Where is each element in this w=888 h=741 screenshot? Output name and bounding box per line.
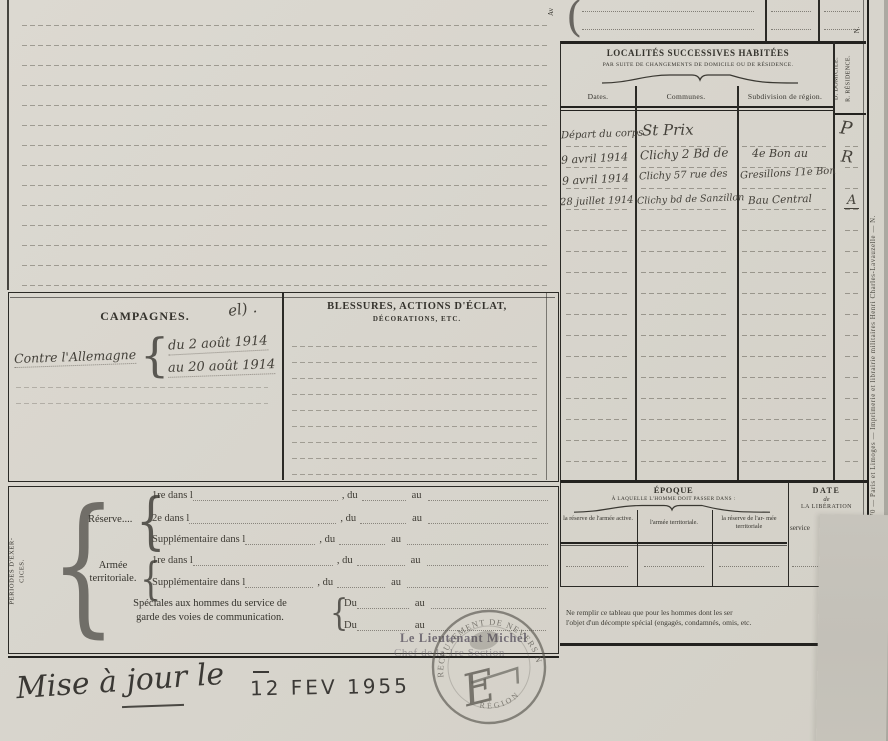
fragment-rule	[771, 29, 811, 30]
col-communes: Communes.	[637, 92, 735, 101]
epoque-divider-1	[637, 510, 638, 586]
fragment-rule	[582, 11, 754, 12]
fragment-rule	[824, 11, 860, 12]
periode-line: Supplémentaire dans l, duau	[152, 533, 548, 545]
du-label: , du	[319, 534, 335, 545]
periodes-side-label: PÉRIODES D'EXER- CICES.	[8, 499, 34, 644]
au-label: au	[412, 490, 422, 501]
liberation-title-line3: LA LIBÉRATION	[787, 504, 866, 510]
fragment-rule	[771, 11, 811, 12]
periode-line-label: Supplémentaire dans l	[152, 577, 245, 588]
table-row-subdivision: 4e Bon au	[752, 147, 808, 160]
epoque-col3: la réserve de l'ar- mée territoriale	[715, 515, 783, 531]
liberation-partial-text: service	[790, 524, 810, 532]
blessures-title-line2: DÉCORATIONS, ETC.	[292, 315, 542, 323]
epoque-title: ÉPOQUE	[560, 485, 787, 495]
territoriale-label-line1: Armée	[99, 560, 128, 571]
du-label: Du	[344, 620, 357, 631]
blessures-margin-rule	[546, 292, 547, 480]
header-rule	[560, 106, 833, 108]
periode-line: 2e dans l, duau	[152, 512, 548, 524]
epoque-header-rule	[560, 542, 787, 544]
du-label: , du	[317, 577, 333, 588]
epoque-subtitle: À LAQUELLE L'HOMME DOIT PASSER DANS :	[560, 496, 787, 502]
fragment-brace: (	[566, 0, 582, 38]
underline-mark	[122, 704, 184, 708]
table-row-mark: A	[844, 193, 859, 209]
epoque-cell-rule	[719, 566, 779, 567]
mise-a-jour-handwriting: Mise à jour le	[15, 657, 225, 706]
col-domicile: D. DOMICILE.	[834, 48, 843, 110]
fragment-right-label: N.	[853, 20, 863, 40]
epoque-header-rule	[560, 545, 787, 546]
speciales-label: Spéciales aux hommes du service de garde…	[88, 597, 332, 624]
dr-header-rule	[833, 113, 866, 115]
epoque-divider-2	[712, 510, 713, 586]
left-page-border	[7, 0, 9, 290]
blessures-rules	[292, 331, 540, 477]
overline-mark	[253, 671, 269, 673]
du-label: Du	[344, 598, 357, 609]
periode-line: 1re dans l, duau	[152, 554, 548, 566]
epoque-brace	[572, 503, 772, 513]
periode-line-label: Supplémentaire dans l	[152, 534, 245, 545]
au-label: au	[391, 577, 401, 588]
epoque-cell-rule	[644, 566, 704, 567]
au-label: au	[391, 534, 401, 545]
campagnes-rules	[16, 372, 268, 406]
fragment-divider-1	[765, 0, 767, 41]
localites-divider-1	[635, 86, 637, 480]
periode-line-label: 2e dans l	[152, 513, 189, 524]
table-row-subdivision: Bau Central	[748, 193, 812, 207]
liberation-title-line1: DATE	[787, 486, 866, 495]
col-dates: Dates.	[562, 92, 634, 101]
fragment-divider-2	[818, 0, 820, 41]
localites-title: LOCALITÉS SUCCESSIVES HABITÉES	[562, 48, 834, 58]
epoque-cell-rule	[566, 566, 628, 567]
epoque-col2: l'armée territoriale.	[640, 519, 708, 527]
table-row-mark: R	[840, 146, 854, 166]
blessures-title-line1: BLESSURES, ACTIONS D'ÉCLAT,	[292, 301, 542, 312]
au-label: au	[415, 598, 425, 609]
campagnes-entry: Contre l'Allemagne	[14, 347, 137, 366]
localites-rules-dr	[845, 126, 861, 478]
speciales-label-line2: garde des voies de communication.	[136, 612, 284, 623]
periode-line-label: 1re dans l	[152, 490, 193, 501]
du-label: , du	[342, 490, 358, 501]
table-row-commune: St Prix	[642, 121, 694, 140]
reserve-label: Réserve....	[88, 514, 132, 525]
col-residence: R. RÉSIDENCE.	[846, 48, 855, 110]
campagnes-title: CAMPAGNES.	[60, 309, 230, 324]
campagnes-blessures-divider	[282, 292, 284, 480]
localites-subtitle: PAR SUITE DE CHANGEMENTS DE DOMICILE OU …	[562, 62, 834, 68]
periodes-side-label-line1: PÉRIODES D'EXER-	[9, 537, 16, 604]
periode-line: 1re dans l, duau	[152, 489, 548, 501]
fragment-rule	[582, 29, 754, 30]
du-label: , du	[340, 513, 356, 524]
au-label: au	[412, 513, 422, 524]
localites-divider-2	[737, 86, 739, 480]
speciales-label-line1: Spéciales aux hommes du service de	[133, 598, 287, 609]
liberation-title-line2: de	[787, 496, 866, 503]
du-label: , du	[337, 555, 353, 566]
epoque-col1: la réserve de l'armée active.	[563, 515, 633, 523]
stamp-ink-blot	[468, 628, 501, 653]
fragment-left-label: Av	[547, 2, 557, 22]
upper-ruled-lines	[22, 6, 550, 288]
stamp-center-initial: E	[456, 660, 500, 717]
scanned-military-record: ( Av N. LOCALITÉS SUCCESSIVES HABITÉES P…	[0, 0, 888, 741]
localites-brace	[600, 72, 800, 84]
periode-line: Supplémentaire dans l, duau	[152, 576, 548, 588]
territoriale-label-line2: territoriale.	[90, 573, 137, 584]
epoque-note-line2: l'objet d'un décompte spécial (engagés, …	[566, 618, 751, 627]
periode-line-label: 1re dans l	[152, 555, 193, 566]
col-subdivision: Subdivision de région.	[739, 92, 831, 101]
au-label: au	[411, 555, 421, 566]
territoriale-label: Armée territoriale.	[82, 560, 144, 585]
date-stamp: 12 FEV 1955	[250, 674, 410, 701]
periodes-side-label-line2: CICES.	[18, 559, 25, 583]
top-right-fragment	[560, 0, 866, 44]
paper-overlay	[816, 514, 888, 741]
header-rule	[560, 110, 833, 111]
epoque-note-line1: Ne remplir ce tableau que pour les homme…	[566, 608, 733, 617]
